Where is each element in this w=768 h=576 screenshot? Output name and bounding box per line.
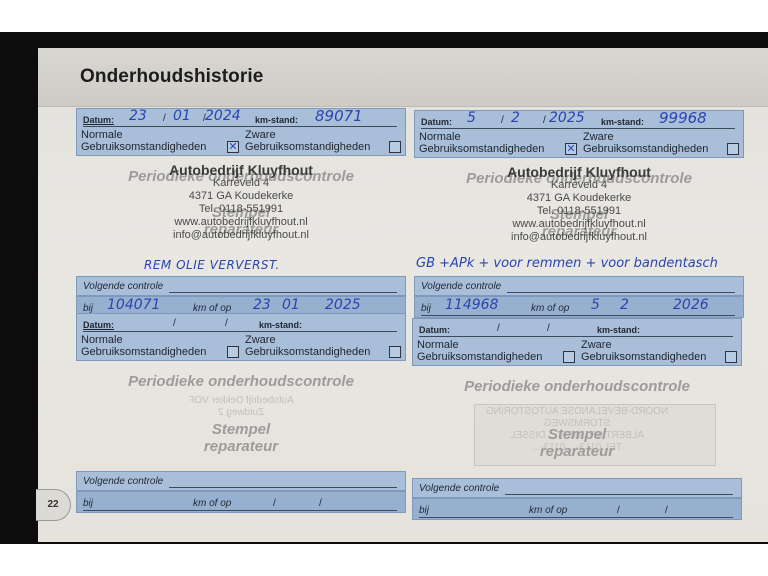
volgende-controle-row: Volgende controle [76, 276, 406, 296]
zware-label: ZwareGebruiksomstandigheden [245, 334, 370, 358]
next-km[interactable]: 104071 [107, 297, 160, 313]
datum-month[interactable]: 01 [173, 108, 191, 124]
zware-checkbox[interactable] [727, 143, 739, 155]
bij-row: bij km of op / / [412, 498, 742, 520]
stamp-area: Periodieke onderhoudscontrole Stempelrep… [76, 160, 406, 256]
next-month[interactable]: 01 [282, 297, 300, 313]
entry-header-box: Datum: / / km-stand: NormaleGebruiksomst… [412, 318, 742, 366]
garage-stamp: Autobedrijf Kluyfhout Karreveld 4 4371 G… [414, 166, 744, 244]
normale-checkbox[interactable]: ✕ [227, 141, 239, 153]
next-month[interactable]: 2 [620, 297, 629, 313]
zware-checkbox[interactable] [389, 346, 401, 358]
datum-year[interactable]: 2025 [549, 110, 585, 126]
normale-checkbox[interactable] [563, 351, 575, 363]
entry-header-box: Datum: 5 / 2 / 2025 km-stand: 99968 Norm… [414, 110, 744, 158]
normale-label: NormaleGebruiksomstandigheden [81, 129, 206, 153]
normale-label: NormaleGebruiksomstandigheden [81, 334, 206, 358]
volgende-controle-row: Volgende controle [414, 276, 744, 296]
zware-label: ZwareGebruiksomstandigheden [581, 339, 706, 363]
next-km[interactable]: 114968 [445, 297, 498, 313]
bij-row: bij km of op / / [76, 491, 406, 513]
normale-checkbox[interactable] [227, 346, 239, 358]
volgende-controle-row: Volgende controle [412, 478, 742, 498]
datum-day[interactable]: 5 [467, 110, 476, 126]
stempel-label: Stempelreparateur [76, 421, 406, 455]
next-year[interactable]: 2026 [673, 297, 709, 313]
logbook-page: Onderhoudshistorie Datum: 23 / 01 / 2024… [38, 48, 768, 542]
datum-label: Datum: [83, 115, 114, 125]
next-day[interactable]: 23 [253, 297, 271, 313]
handwritten-note[interactable]: GB +APk + voor remmen + voor bandentasch [416, 256, 718, 271]
stamp-area: Periodieke onderhoudscontrole Stempelrep… [414, 162, 744, 258]
zware-label: ZwareGebruiksomstandigheden [583, 131, 708, 155]
km-stand-value[interactable]: 99968 [659, 109, 707, 127]
normale-label: NormaleGebruiksomstandigheden [417, 339, 542, 363]
stamp-area: NOORD-BEVELANDSE AUTOSTORING STORMSWEG A… [412, 370, 742, 466]
km-stand-value[interactable]: 89071 [315, 107, 363, 125]
bij-row: bij 114968 km of op 5 2 2026 [414, 296, 744, 318]
km-stand-label: km-stand: [601, 117, 644, 127]
garage-stamp: Autobedrijf Kluyfhout Karreveld 4 4371 G… [76, 164, 406, 242]
zware-label: ZwareGebruiksomstandigheden [245, 129, 370, 153]
periodic-title: Periodieke onderhoudscontrole [412, 378, 742, 395]
handwritten-note[interactable]: REM OLIE VERVERST. [144, 258, 280, 272]
datum-label: Datum: [83, 320, 114, 330]
zware-checkbox[interactable] [725, 351, 737, 363]
km-stand-label: km-stand: [259, 320, 302, 330]
faded-stamp-mirror: Autobedrijf Dekker VOF Zuidweg 2 [76, 395, 406, 419]
datum-day[interactable]: 23 [129, 108, 147, 124]
normale-checkbox[interactable]: ✕ [565, 143, 577, 155]
page-number-tab: 22 [36, 489, 71, 521]
datum-year[interactable]: 2024 [205, 108, 241, 124]
datum-month[interactable]: 2 [511, 110, 520, 126]
datum-label: Datum: [421, 117, 452, 127]
entry-header-box: Datum: 23 / 01 / 2024 km-stand: 89071 No… [76, 108, 406, 156]
volgende-controle-row: Volgende controle [76, 471, 406, 491]
entry-header-box: Datum: / / km-stand: NormaleGebruiksomst… [76, 313, 406, 361]
datum-label: Datum: [419, 325, 450, 335]
km-stand-label: km-stand: [255, 115, 298, 125]
stamp-area: Autobedrijf Dekker VOF Zuidweg 2 Periodi… [76, 365, 406, 461]
periodic-title: Periodieke onderhoudscontrole [76, 373, 406, 390]
stempel-label: Stempelreparateur [412, 426, 742, 460]
zware-checkbox[interactable] [389, 141, 401, 153]
page-header: Onderhoudshistorie [38, 48, 768, 107]
km-stand-label: km-stand: [597, 325, 640, 335]
next-day[interactable]: 5 [591, 297, 600, 313]
normale-label: NormaleGebruiksomstandigheden [419, 131, 544, 155]
page-title: Onderhoudshistorie [80, 66, 263, 88]
next-year[interactable]: 2025 [325, 297, 361, 313]
